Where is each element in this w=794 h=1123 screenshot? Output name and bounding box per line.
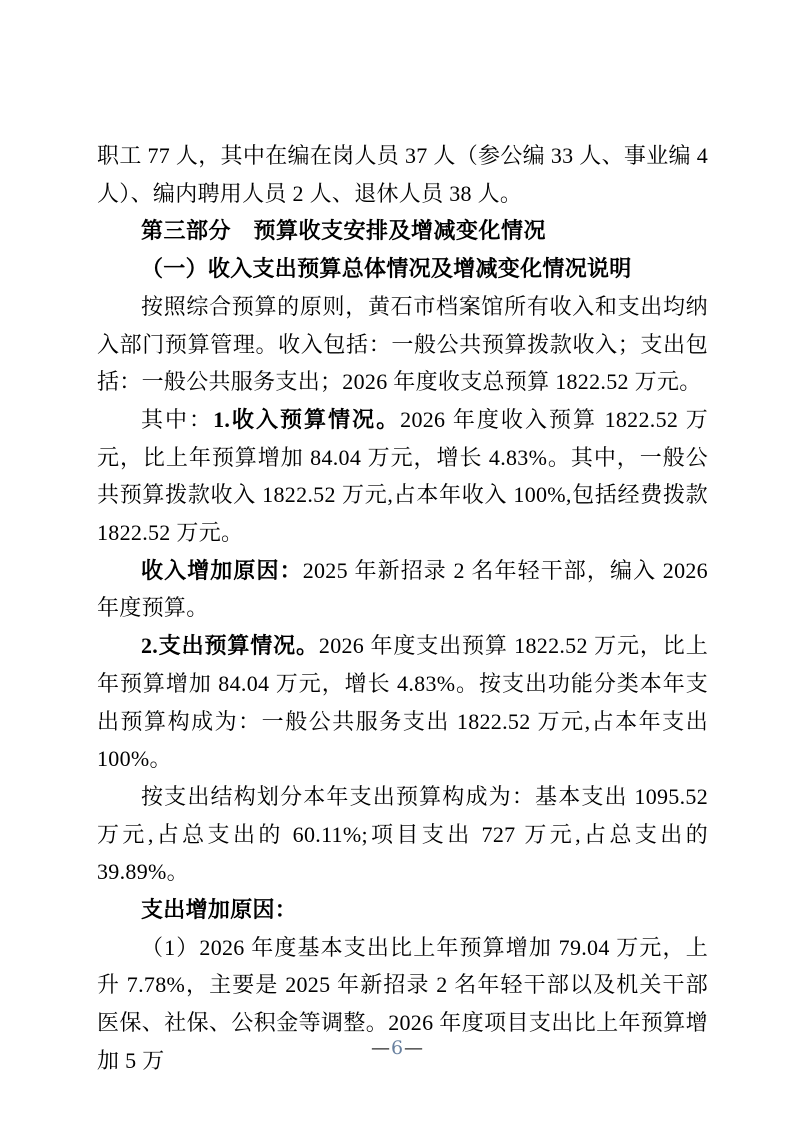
- document-page: 职工 77 人，其中在编在岗人员 37 人（参公编 33 人、事业编 4 人）、…: [0, 0, 794, 1123]
- page-footer: —6—: [0, 1036, 794, 1060]
- heading-text: （一）收入支出预算总体情况及增减变化情况说明: [141, 256, 632, 281]
- document-body: 职工 77 人，其中在编在岗人员 37 人（参公编 33 人、事业编 4 人）、…: [97, 137, 708, 1080]
- section-heading-part3: 第三部分 预算收支安排及增减变化情况: [97, 212, 708, 250]
- paragraph-expenditure-budget: 2.支出预算情况。2026 年度支出预算 1822.52 万元，比上年预算增加 …: [97, 627, 708, 778]
- paragraph-expenditure-structure: 按支出结构划分本年支出预算构成为：基本支出 1095.52 万元,占总支出的 6…: [97, 778, 708, 891]
- paragraph-text: 其中：: [141, 407, 213, 432]
- footer-dash-left: —: [371, 1037, 390, 1059]
- footer-dash-right: —: [404, 1037, 423, 1059]
- page-number: 6: [390, 1037, 404, 1059]
- paragraph-text: 职工 77 人，其中在编在岗人员 37 人（参公编 33 人、事业编 4 人）、…: [97, 143, 708, 206]
- paragraph-expenditure-increase-heading: 支出增加原因：: [97, 891, 708, 929]
- paragraph-income-budget: 其中：1.收入预算情况。2026 年度收入预算 1822.52 万元，比上年预算…: [97, 401, 708, 552]
- expenditure-budget-label: 2.支出预算情况。: [141, 633, 319, 658]
- paragraph-income-increase-reason: 收入增加原因：2025 年新招录 2 名年轻干部，编入 2026 年度预算。: [97, 552, 708, 627]
- paragraph-staff-count: 职工 77 人，其中在编在岗人员 37 人（参公编 33 人、事业编 4 人）、…: [97, 137, 708, 212]
- heading-text: 第三部分 预算收支安排及增减变化情况: [141, 218, 546, 243]
- paragraph-budget-principle: 按照综合预算的原则，黄石市档案馆所有收入和支出均纳入部门预算管理。收入包括：一般…: [97, 288, 708, 401]
- paragraph-text: 按照综合预算的原则，黄石市档案馆所有收入和支出均纳入部门预算管理。收入包括：一般…: [97, 294, 708, 394]
- subsection-heading-overview: （一）收入支出预算总体情况及增减变化情况说明: [97, 250, 708, 288]
- paragraph-text: 按支出结构划分本年支出预算构成为：基本支出 1095.52 万元,占总支出的 6…: [97, 784, 708, 884]
- income-budget-label: 1.收入预算情况。: [213, 407, 400, 432]
- income-increase-label: 收入增加原因：: [141, 558, 303, 583]
- expenditure-increase-label: 支出增加原因：: [141, 897, 297, 922]
